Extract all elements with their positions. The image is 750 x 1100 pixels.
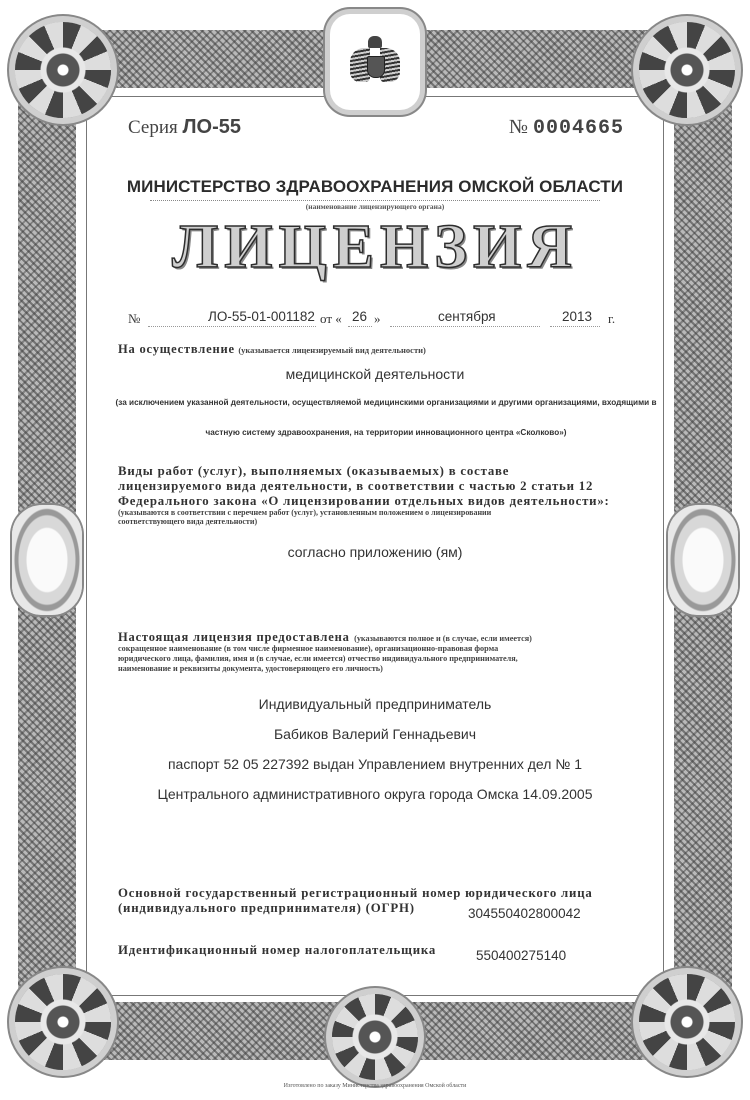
works-note-line: соответствующего вида деятельности) xyxy=(118,517,658,526)
number-sign: № xyxy=(509,116,528,138)
ogrn-label-line: Основной государственный регистрационный… xyxy=(118,886,658,901)
activity-exclusion-line1: (за исключением указанной деятельности, … xyxy=(112,398,660,407)
inn-value: 550400275140 xyxy=(476,948,566,963)
fill-line xyxy=(390,326,540,327)
border-inner-line xyxy=(663,100,664,1000)
works-label-line: Виды работ (услуг), выполняемых (оказыва… xyxy=(118,464,658,479)
activity-label-note: (указывается лицензируемый вид деятельно… xyxy=(238,345,426,355)
holder-name: Бабиков Валерий Геннадьевич xyxy=(100,726,650,742)
series-caption: Серия xyxy=(128,117,178,138)
side-medallion-icon xyxy=(12,505,82,615)
corner-rosette-icon xyxy=(15,974,111,1070)
works-label-line: Федерального закона «О лицензировании от… xyxy=(118,494,658,509)
blank-number: № 0004665 xyxy=(509,116,624,140)
corner-rosette-icon xyxy=(639,22,735,118)
works-note-line: (указываются в соответствии с перечнем р… xyxy=(118,508,658,517)
license-number-sign: № xyxy=(128,311,140,327)
works-note: (указываются в соответствии с перечнем р… xyxy=(118,508,658,526)
year-suffix: г. xyxy=(608,311,615,327)
license-day: 26 xyxy=(352,309,367,324)
date-day-close: » xyxy=(374,311,381,327)
bottom-center-rosette-icon xyxy=(332,994,418,1080)
licensed-activity: медицинской деятельности xyxy=(100,366,650,382)
license-month: сентября xyxy=(438,309,496,324)
holder-note-line: юридического лица, фамилия, имя и (в слу… xyxy=(118,654,658,664)
license-year: 2013 xyxy=(562,309,592,324)
fill-line xyxy=(348,326,372,327)
side-medallion-icon xyxy=(668,505,738,615)
activity-exclusion-line2: частную систему здравоохранения, на терр… xyxy=(112,428,660,437)
border-inner-line xyxy=(86,100,87,1000)
corner-rosette-icon xyxy=(639,974,735,1070)
holder-note-line: наименование и реквизиты документа, удос… xyxy=(118,664,658,674)
authority-underline xyxy=(150,200,600,201)
holder-label-text: Настоящая лицензия предоставлена xyxy=(118,630,350,644)
holder-note-line: сокращенное наименование (в том числе фи… xyxy=(118,644,658,654)
series-value: ЛО-55 xyxy=(183,116,242,138)
ogrn-value: 304550402800042 xyxy=(468,906,581,921)
double-headed-eagle-emblem-icon xyxy=(350,36,400,96)
works-value: согласно приложению (ям) xyxy=(100,544,650,560)
inn-label: Идентификационный номер налогоплательщик… xyxy=(118,943,436,958)
printer-note: Изготовлено по заказу Министерства здрав… xyxy=(100,1083,650,1089)
blank-number-value: 0004665 xyxy=(533,117,624,140)
series-label: Серия ЛО-55 xyxy=(128,116,241,139)
fill-line xyxy=(550,326,600,327)
holder-type: Индивидуальный предприниматель xyxy=(100,696,650,712)
works-label: Виды работ (услуг), выполняемых (оказыва… xyxy=(118,464,658,509)
works-label-line: лицензируемого вида деятельности, в соот… xyxy=(118,479,658,494)
holder-note-line: (указываются полное и (в случае, если им… xyxy=(354,634,532,643)
holder-label: Настоящая лицензия предоставлена (указыв… xyxy=(118,632,658,674)
holder-passport-issuer: Центрального административного округа го… xyxy=(100,786,650,802)
document-title: ЛИЦЕНЗИЯ xyxy=(100,212,650,283)
activity-label: На осуществление (указывается лицензируе… xyxy=(118,342,426,357)
holder-passport: паспорт 52 05 227392 выдан Управлением в… xyxy=(100,756,650,772)
fill-line xyxy=(148,326,316,327)
authority-caption: (наименование лицензирующего органа) xyxy=(100,202,650,211)
license-number: ЛО-55-01-001182 xyxy=(208,309,315,324)
license-number-row: № ЛО-55-01-001182 от « 26 » сентября 201… xyxy=(128,309,628,329)
corner-rosette-icon xyxy=(15,22,111,118)
activity-label-text: На осуществление xyxy=(118,342,235,356)
licensing-authority: МИНИСТЕРСТВО ЗДРАВООХРАНЕНИЯ ОМСКОЙ ОБЛА… xyxy=(100,177,650,197)
date-prefix: от « xyxy=(320,311,342,327)
